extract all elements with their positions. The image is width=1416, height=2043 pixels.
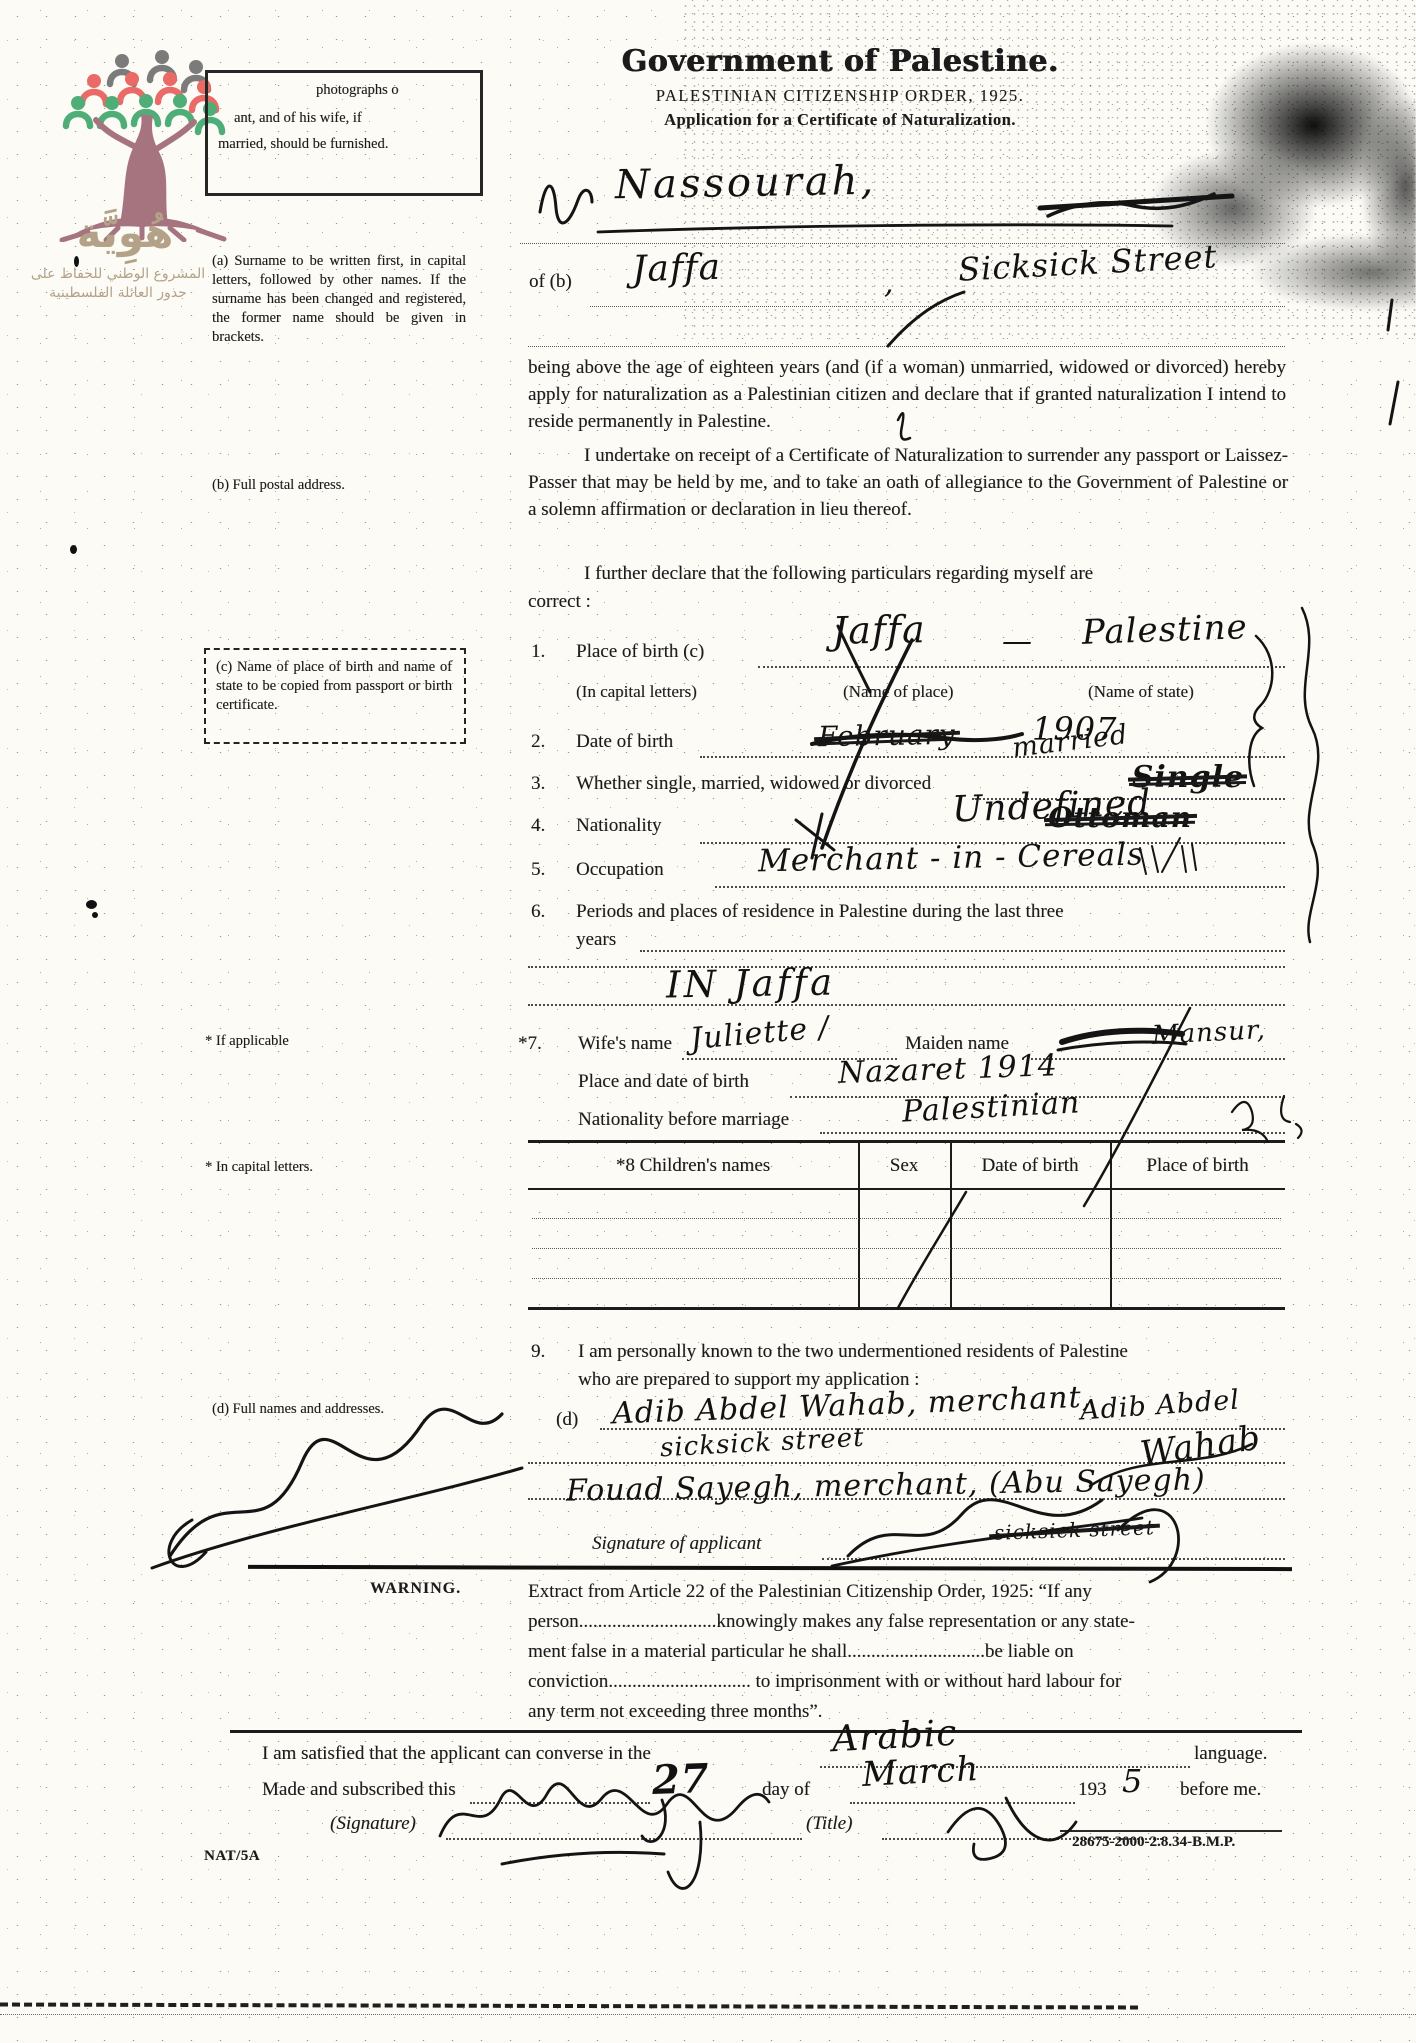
item1-number: 1. (531, 638, 545, 665)
dotted-line (1022, 1058, 1285, 1060)
of-label: of (b) (529, 268, 572, 295)
attestation-dayof-label: day of (762, 1776, 810, 1803)
witness-signature-loop (169, 1520, 206, 1566)
attestation-year-printed: 193 (1078, 1776, 1107, 1803)
declaration-paragraph-3: I further declare that the following par… (528, 560, 1288, 587)
scan-edge-line (0, 2003, 1138, 2010)
margin-brace (1249, 636, 1272, 786)
print-code-rule (1060, 1830, 1282, 1832)
witness-signature-underline (152, 1468, 522, 1568)
day-flourish (642, 1800, 665, 1842)
margin-note-a: (a) Surname to be written first, in capi… (212, 252, 466, 347)
reference1-side-handwriting: Adib Abdel (1079, 1384, 1241, 1426)
reference2-handwriting: Fouad Sayegh, merchant, (Abu Sayegh) (566, 1462, 1206, 1508)
officer-signature-descender (668, 1822, 701, 1888)
margin-note-c-box: (c) Name of place of birth and name of s… (204, 648, 466, 744)
item6-residence-handwriting: IN Jaffa (666, 961, 836, 1007)
item1-sub-label: (In capital letters) (576, 682, 697, 702)
dotted-line (470, 1802, 650, 1804)
item7-maiden-name-handwriting: Mansur, (1151, 1015, 1266, 1051)
item7-nationality-handwriting: Palestinian (901, 1085, 1081, 1129)
margin-note-b: (b) Full postal address. (212, 476, 466, 495)
print-code: 28675-2000-2.8.34-B.M.P. (1072, 1834, 1235, 1851)
item7-number: *7. (518, 1030, 542, 1057)
photo-box-line2: ant, and of his wife, if (234, 109, 362, 128)
section-rule (230, 1730, 1302, 1733)
dotted-line (758, 666, 1285, 668)
reference2-street-crossed-handwriting: sicksick street (994, 1515, 1156, 1545)
attestation-day-handwriting: 27 (651, 1755, 710, 1804)
item7-nationality-label: Nationality before marriage (578, 1106, 789, 1133)
dotted-line (446, 1838, 802, 1840)
form-subtitle-order: PALESTINIAN CITIZENSHIP ORDER, 1925. (555, 86, 1125, 106)
attestation-line1: I am satisfied that the applicant can co… (262, 1740, 651, 1767)
form-code: NAT/5A (204, 1848, 260, 1865)
logo-arabic-subtitle-1: المشروع الوطني للحفاظ على (18, 266, 218, 284)
margin-note-c: (c) Name of place of birth and name of s… (216, 658, 452, 715)
dotted-line (822, 1558, 1285, 1560)
form-subtitle-application: Application for a Certificate of Natural… (555, 110, 1125, 130)
edge-marks (1388, 300, 1398, 424)
declaration-paragraph-1: being above the age of eighteen years (a… (528, 354, 1286, 435)
table-header-pob: Place of birth (1110, 1152, 1285, 1179)
photo-box-line3: married, should be furnished. (218, 135, 388, 154)
attestation-signature-label: (Signature) (330, 1810, 416, 1837)
margin-vertical-scrawl (1302, 608, 1318, 942)
dotted-line (715, 886, 1285, 888)
form-title: Government of Palestine. (555, 44, 1125, 79)
scan-edge-line-faint (0, 2014, 1416, 2015)
item4-number: 4. (531, 812, 545, 839)
references-prefix: (d) (556, 1406, 578, 1433)
table-row-line (532, 1218, 1281, 1219)
table-header-children: *8 Children's names (528, 1152, 858, 1179)
dotted-line (590, 306, 1285, 307)
item7-wife-label: Wife's name (578, 1030, 672, 1057)
section-rule-thick (248, 1565, 1292, 1571)
item1-state-handwriting: Palestine (1081, 607, 1248, 653)
title-scrawl (948, 1808, 1005, 1859)
witness-signature-left (170, 1409, 502, 1556)
margin-note-in-capitals: * In capital letters. (205, 1158, 313, 1177)
warning-label: WARNING. (370, 1580, 461, 1598)
officer-signature (440, 1784, 769, 1836)
table-row-line (532, 1248, 1281, 1249)
dotted-line (700, 756, 1285, 758)
attestation-line2: Made and subscribed this (262, 1776, 456, 1803)
warning-line3: ment false in a material particular he s… (528, 1638, 1292, 1665)
table-border-top (528, 1140, 1285, 1143)
photo-box-line1: photographs o (316, 81, 399, 100)
photograph-box: photographs o ant, and of his wife, if m… (205, 70, 483, 196)
attestation-beforeme-label: before me. (1180, 1776, 1261, 1803)
warning-line2: person.............................knowi… (528, 1608, 1292, 1635)
dotted-line (528, 1004, 1285, 1006)
logo-arabic-title: هُوِيَّة (40, 212, 210, 254)
item4-undefined-handwriting: Undefined (951, 783, 1152, 831)
attestation-year-handwriting: 5 (1122, 1762, 1143, 1800)
warning-line4: conviction..............................… (528, 1668, 1292, 1695)
dotted-line (850, 1802, 1075, 1804)
applicant-street-handwriting: Sicksick Street (957, 237, 1218, 289)
attestation-language-label: language. (1194, 1740, 1267, 1767)
crossed-name-scribble (1048, 194, 1214, 216)
margin-note-d: (d) Full names and addresses. (212, 1400, 466, 1419)
of-line-slash (888, 292, 964, 346)
item7-birth-label: Place and date of birth (578, 1068, 749, 1095)
item1-caption-place: (Name of place) (843, 682, 953, 702)
item6-label-line1: Periods and places of residence in Pales… (576, 898, 1288, 925)
ink-speck (92, 912, 98, 918)
table-row-line (532, 1278, 1281, 1279)
declaration-paragraph-2: I undertake on receipt of a Certificate … (528, 442, 1288, 523)
dotted-line (640, 950, 1285, 952)
item6-number: 6. (531, 898, 545, 925)
item2-crossed-date-handwriting: February (818, 718, 956, 753)
item4-label: Nationality (576, 812, 661, 839)
ink-speck (86, 900, 97, 909)
declaration-paragraph-3b: correct : (528, 588, 591, 615)
pre-name-flourish (540, 186, 592, 223)
title-scrawl2 (1006, 1798, 1076, 1840)
table-header-dob: Date of birth (950, 1152, 1110, 1179)
dotted-line (820, 1132, 1285, 1134)
item6-label-line2: years (576, 926, 616, 953)
warning-line1: Extract from Article 22 of the Palestini… (528, 1578, 1292, 1605)
item1-place-handwriting: Jaffa (832, 607, 926, 653)
comma-handwriting: , (884, 266, 895, 301)
applicant-surname-handwriting: Nassourah, (615, 158, 877, 209)
attestation-month-handwriting: March (861, 1749, 980, 1795)
children-table: *8 Children's names Sex Date of birth Pl… (528, 1140, 1285, 1310)
item2-label: Date of birth (576, 728, 673, 755)
arabic-jot (1232, 1096, 1302, 1142)
margin-note-if-applicable: * If applicable (205, 1032, 289, 1051)
dotted-line (528, 346, 1285, 347)
item7-wife-name-handwriting: Juliette / (689, 1010, 831, 1057)
item1-label: Place of birth (c) (576, 638, 704, 665)
name-underline (598, 225, 1172, 232)
table-header-rule (528, 1188, 1285, 1190)
table-border-bottom (528, 1307, 1285, 1310)
item3-label: Whether single, married, widowed or divo… (576, 770, 931, 797)
item1-dash-handwriting: — (1002, 624, 1033, 659)
officer-signature-underline (502, 1852, 664, 1864)
item3-number: 3. (531, 770, 545, 797)
item5-label: Occupation (576, 856, 664, 883)
logo-arabic-subtitle-2: جذور العائلة الفلسطينية (18, 285, 218, 303)
item5-number: 5. (531, 856, 545, 883)
item1-caption-state: (Name of state) (1088, 682, 1194, 702)
table-header-sex: Sex (858, 1152, 950, 1179)
dotted-line (528, 966, 1285, 968)
applicant-signature-label: Signature of applicant (592, 1530, 761, 1557)
ink-speck (70, 545, 77, 554)
attestation-title-label: (Title) (806, 1810, 852, 1837)
item9-number: 9. (531, 1338, 545, 1365)
item7-birth-handwriting: Nazaret 1914 (837, 1048, 1058, 1091)
item5-occupation-handwriting: Merchant - in - Cereals (758, 837, 1144, 880)
item9-line1: I am personally known to the two underme… (578, 1338, 1290, 1365)
scanned-naturalization-form: هُوِيَّة المشروع الوطني للحفاظ على جذور … (0, 0, 1416, 2043)
applicant-city-handwriting: Jaffa (631, 247, 721, 290)
crossed-name-strike (1040, 196, 1232, 208)
item2-number: 2. (531, 728, 545, 755)
